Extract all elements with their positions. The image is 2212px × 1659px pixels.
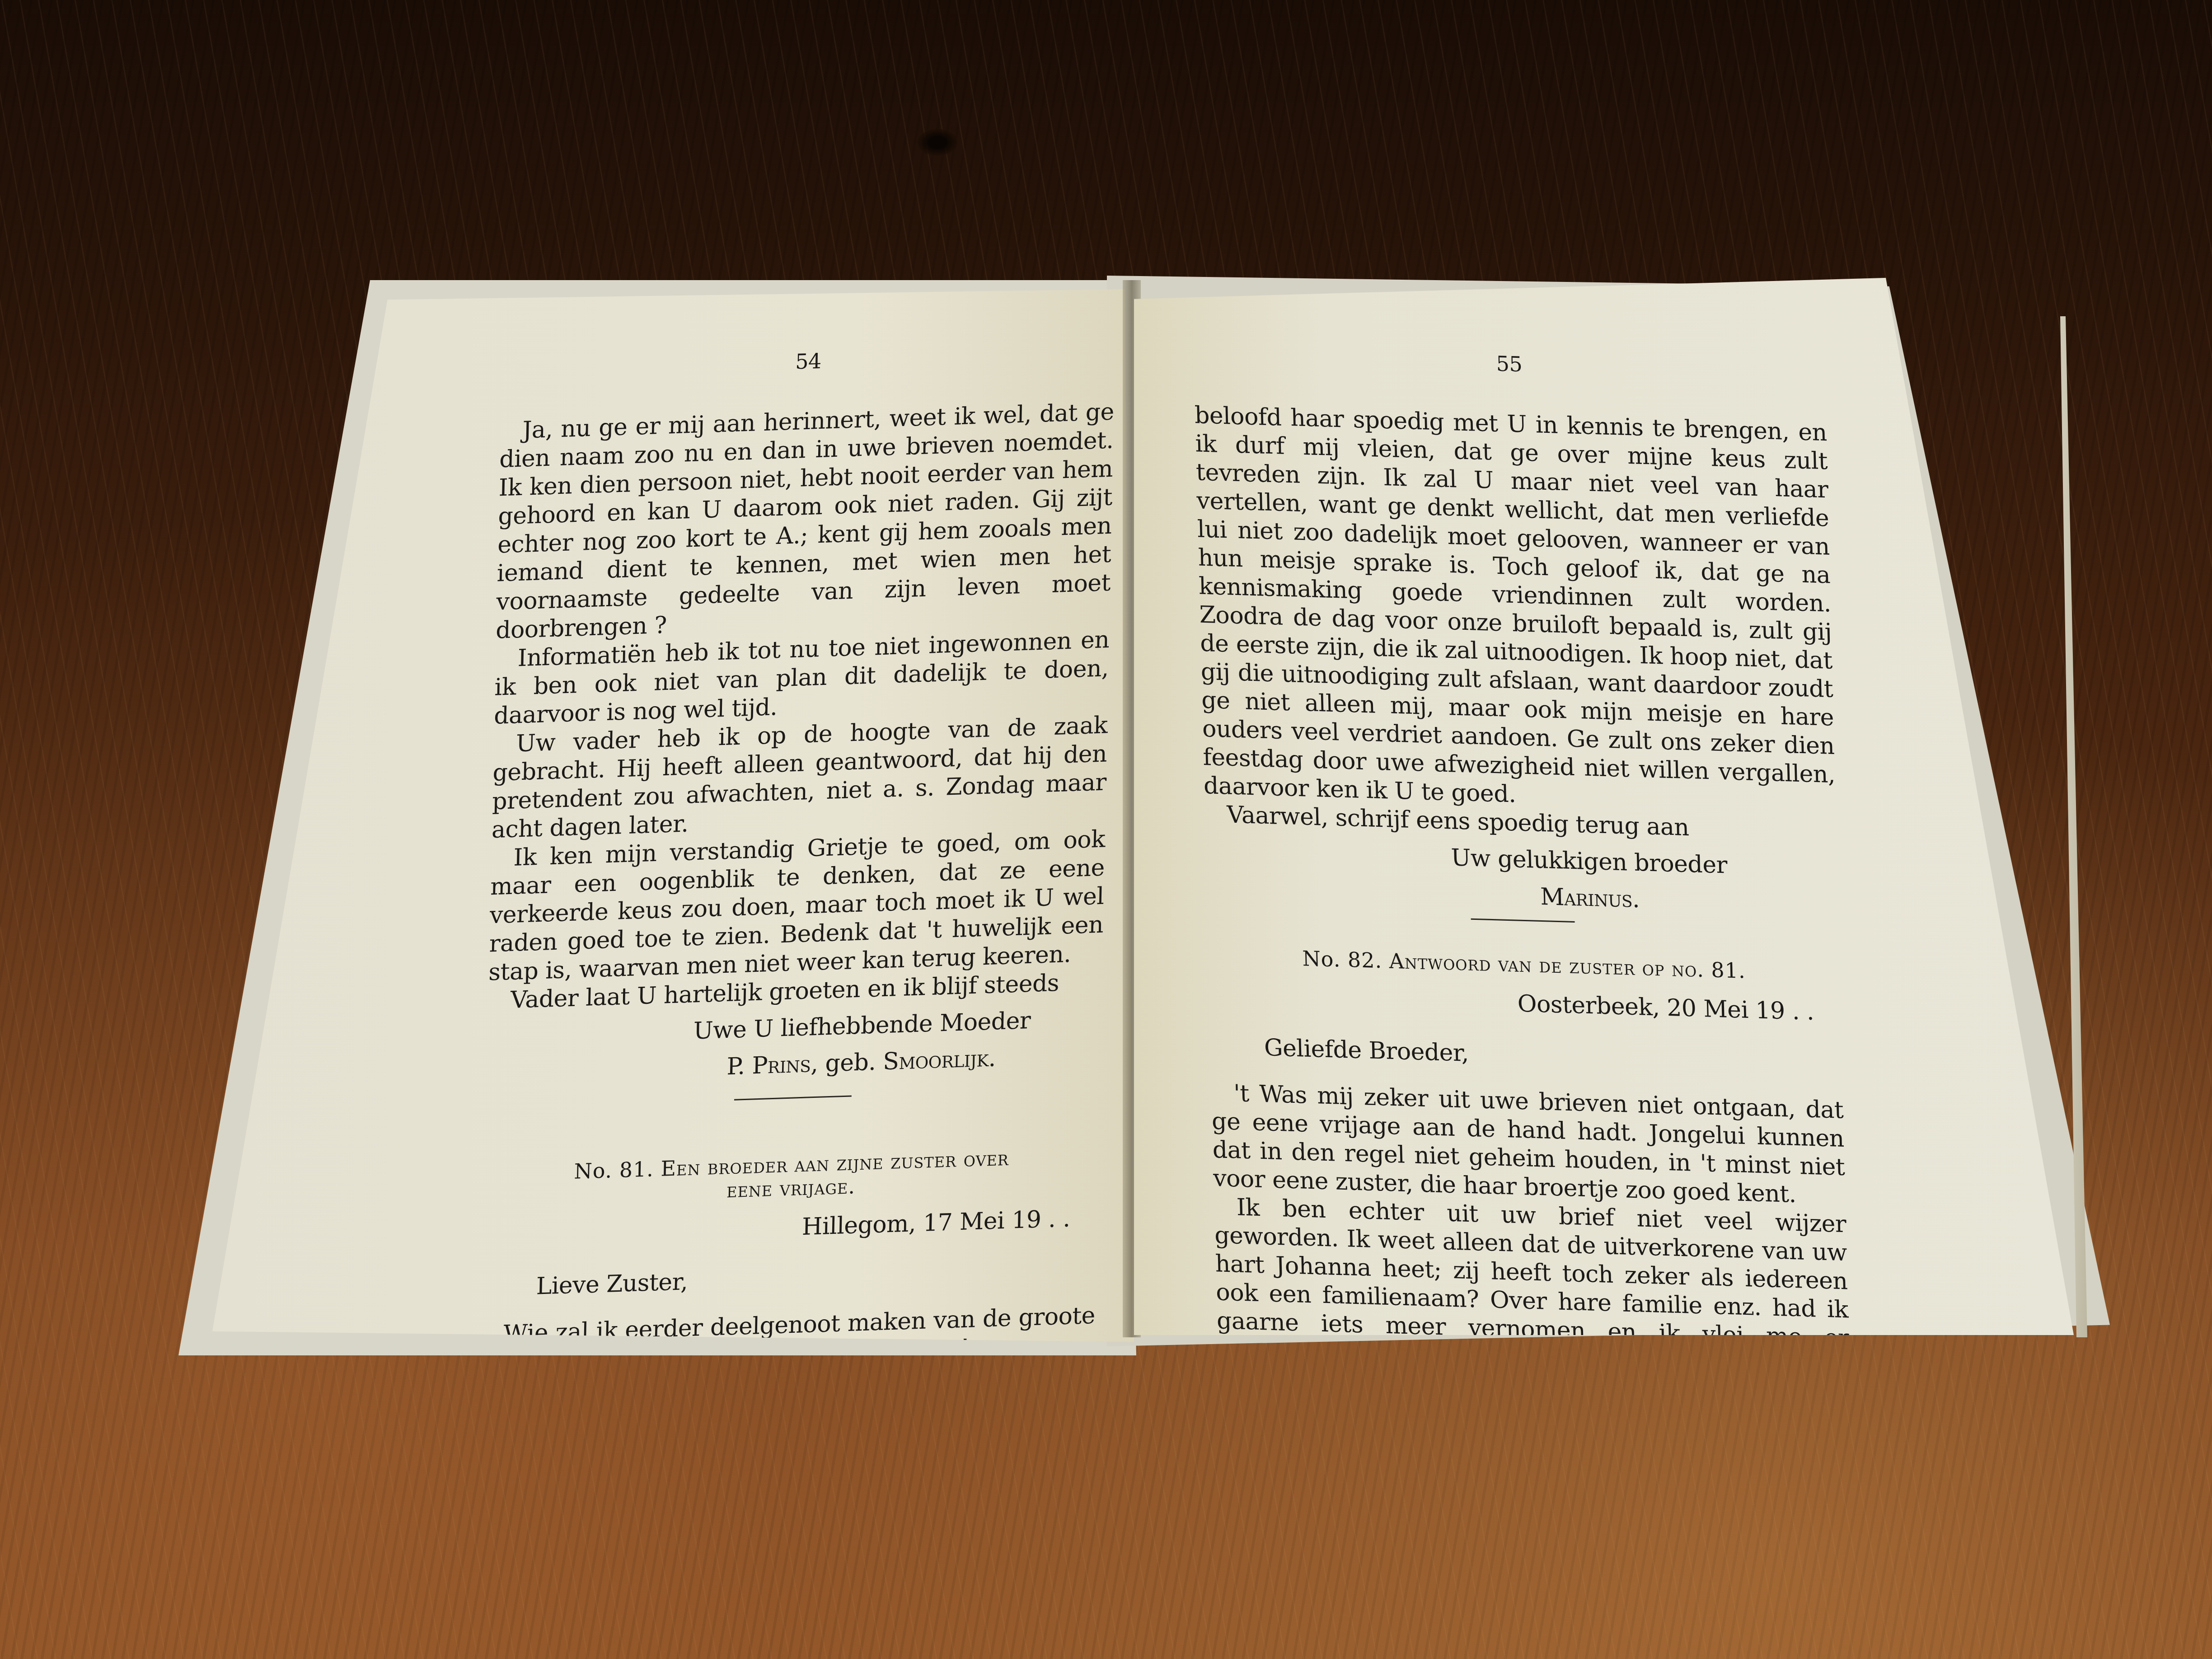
open-book: 54 Ja, nu ge er mij aan herinnert, weet …	[0, 0, 2212, 1659]
dateline: Oosterbeek, 20 Mei 19 . .	[1209, 981, 1842, 1027]
left-page-text: 54 Ja, nu ge er mij aan herinnert, weet …	[477, 337, 1116, 1342]
paragraph: Uw vader heb ik op de hoogte van de zaak…	[491, 711, 1108, 844]
right-page-text: 55 beloofd haar spoedig met U in kennis …	[1193, 341, 1854, 1335]
salutation: Geliefde Broeder,	[1209, 1032, 1842, 1078]
paragraph: Ik ken mijn verstandig Grietje te goed, …	[488, 825, 1106, 987]
right-page[interactable]: 55 beloofd haar spoedig met U in kennis …	[1134, 278, 2074, 1335]
salutation: Lieve Zuster,	[482, 1255, 1097, 1303]
section-divider	[734, 1095, 852, 1100]
letter-heading-81: No. 81. Een broeder aan zijne zuster ove…	[483, 1143, 1099, 1209]
paragraph: Ik ben echter uit uw brief niet veel wij…	[1214, 1193, 1850, 1335]
letter-heading-82: No. 82. Antwoord van de zuster op no. 81…	[1208, 944, 1841, 985]
dateline: Hillegom, 17 Mei 19 . .	[483, 1204, 1098, 1251]
page-number-left: 54	[501, 337, 1116, 385]
section-divider	[1471, 919, 1575, 923]
paragraph: 't Was mij zeker uit uwe brieven niet on…	[1211, 1079, 1846, 1210]
paragraph: beloofd haar spoedig met U in kennis te …	[1194, 401, 1836, 818]
paragraph: Ja, nu ge er mij aan herinnert, weet ik …	[496, 398, 1115, 645]
letter-signature: Marinus.	[1206, 873, 1839, 919]
page-number-right: 55	[1193, 341, 1826, 387]
